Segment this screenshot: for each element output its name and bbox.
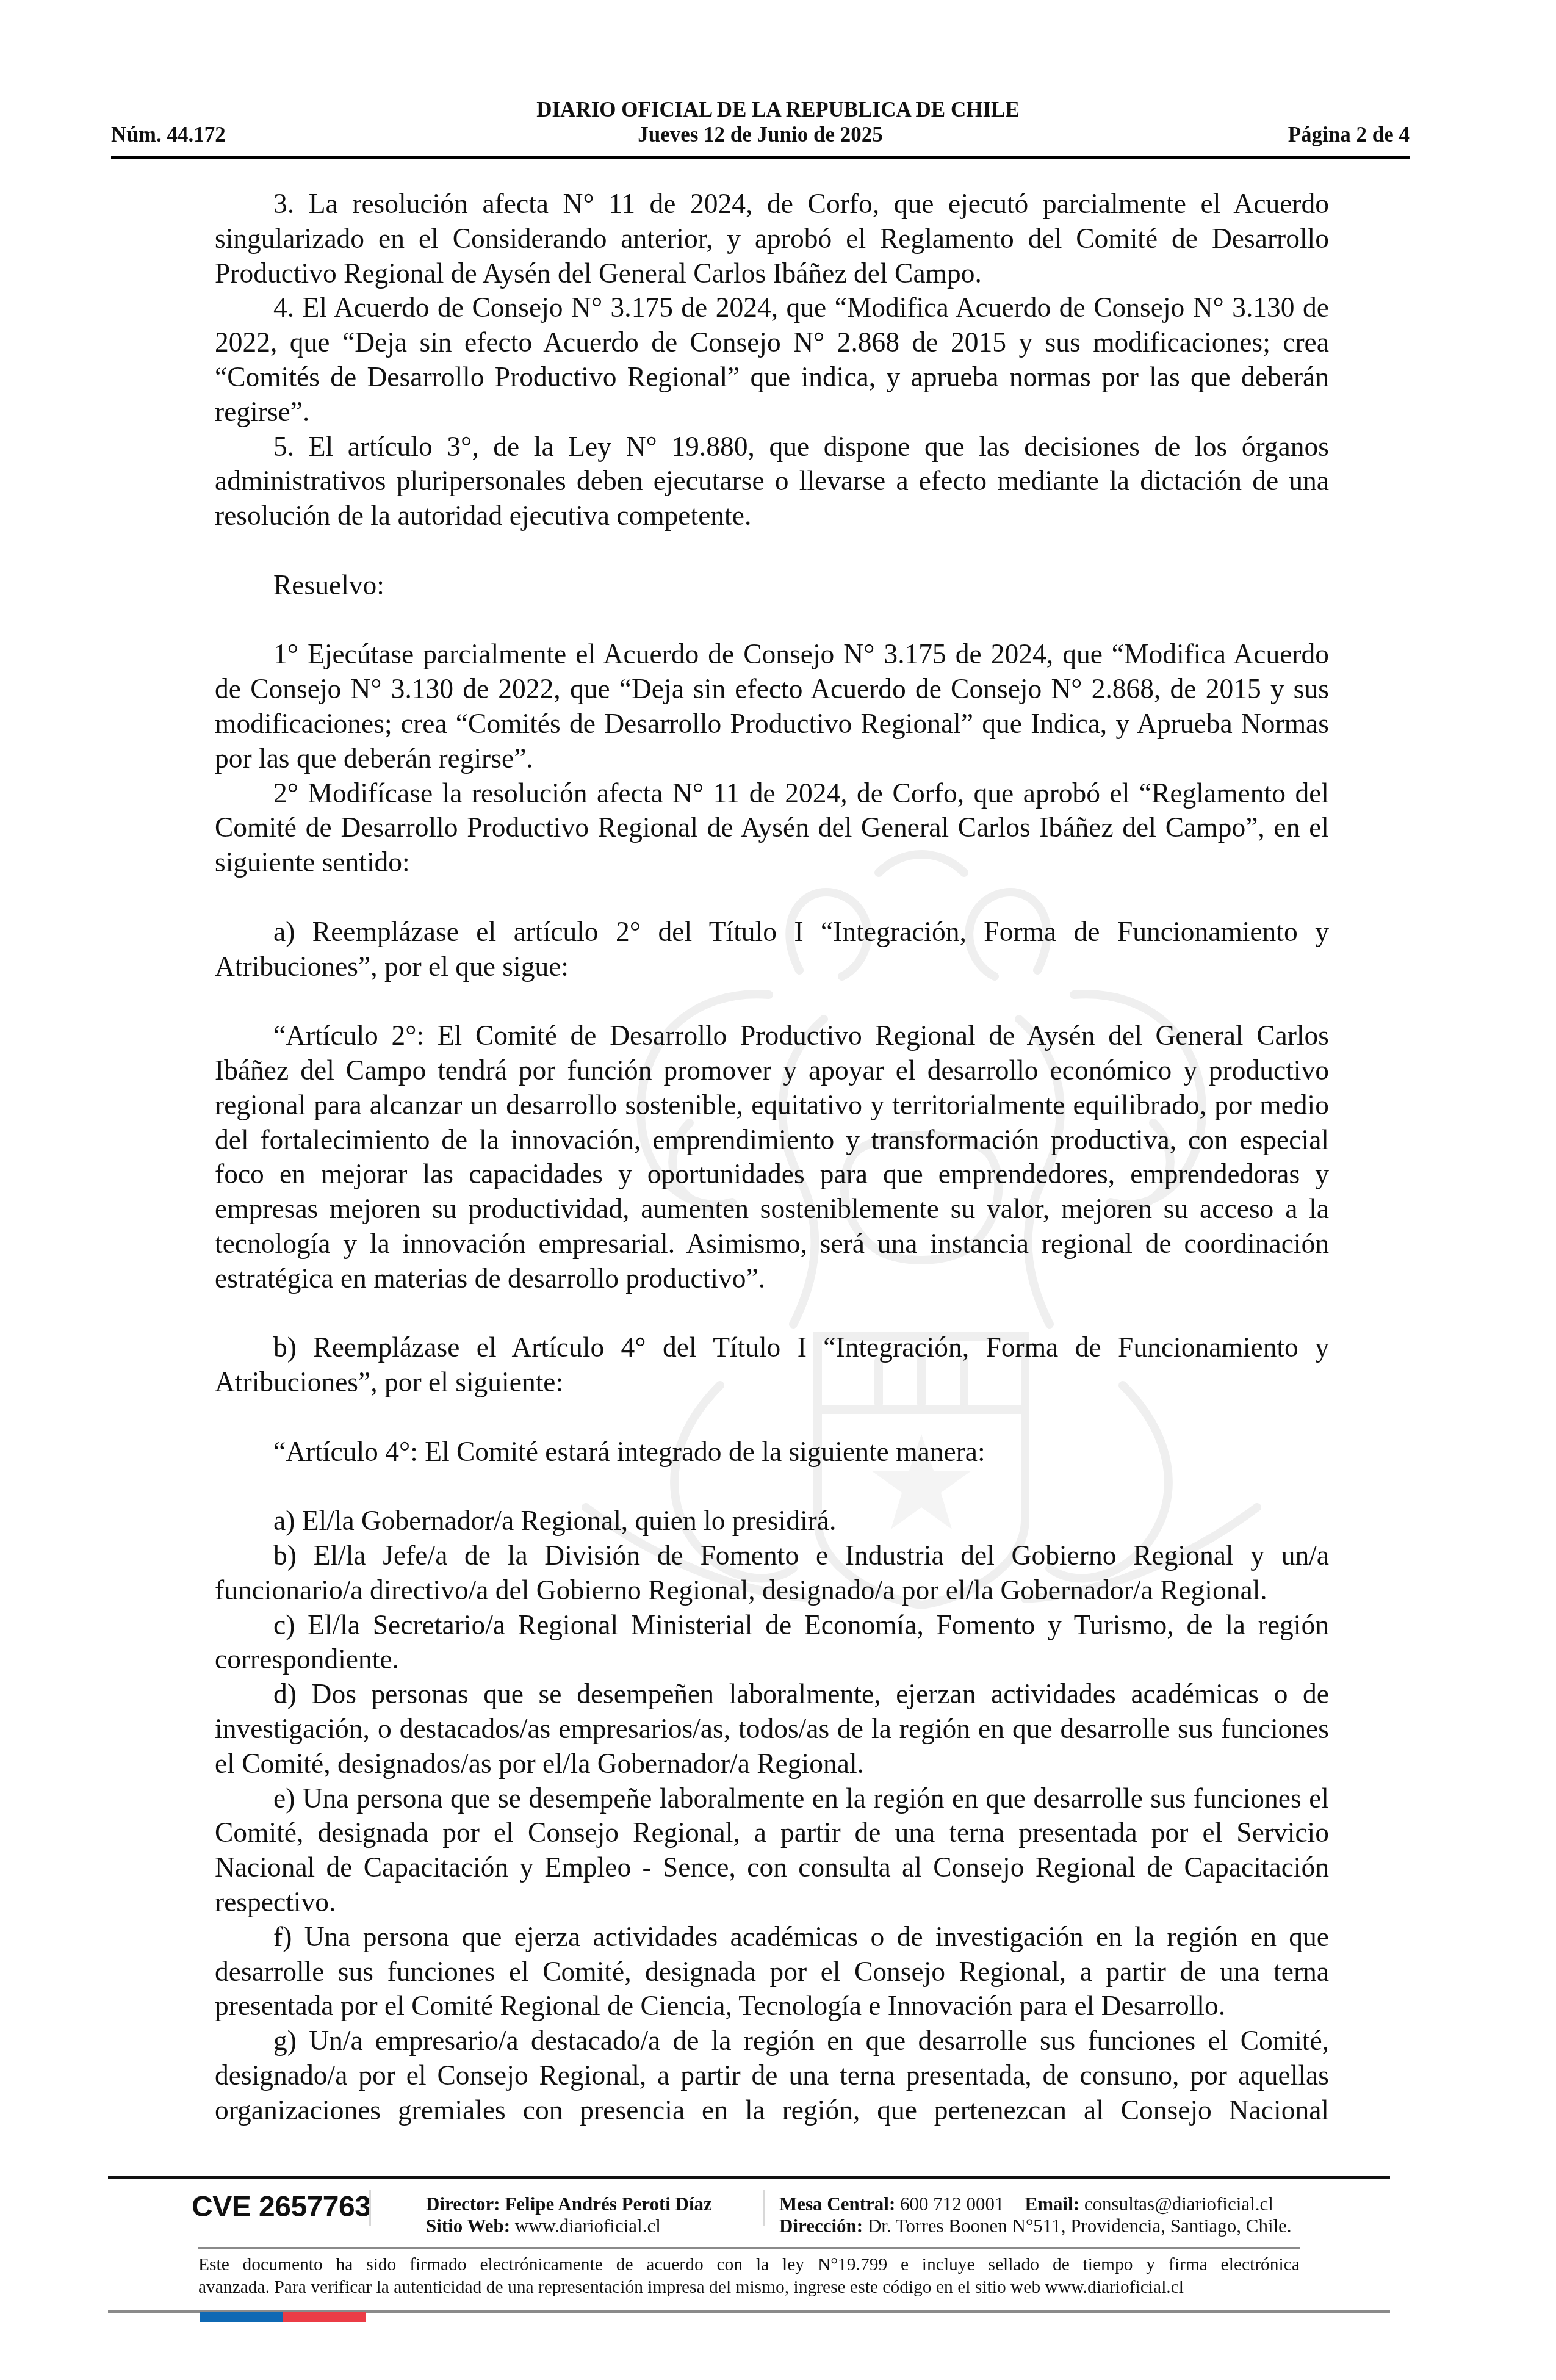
phone-value: 600 712 0001 [900,2193,1004,2215]
director-name: Felipe Andrés Peroti Díaz [505,2193,712,2215]
masthead-row: Núm. 44.172 Jueves 12 de Junio de 2025 P… [111,122,1410,148]
paragraph-modification-b: b) Reemplázase el Artículo 4° del Título… [215,1330,1329,1400]
footer-publisher-info: Director: Felipe Andrés Peroti Díaz Siti… [426,2193,712,2237]
paragraph-considerando-5: 5. El artículo 3°, de la Ley N° 19.880, … [215,430,1329,533]
paragraph-considerando-3: 3. La resolución afecta N° 11 de 2024, d… [215,187,1329,290]
list-item-member-d: d) Dos personas que se desempeñen labora… [215,1677,1329,1781]
phone-label: Mesa Central: [779,2193,895,2215]
paragraph-articulo-2: “Artículo 2°: El Comité de Desarrollo Pr… [215,1019,1329,1296]
paragraph-resuelvo-1: 1° Ejecútase parcialmente el Acuerdo de … [215,637,1329,776]
website-line: Sitio Web: www.diarioficial.cl [426,2215,712,2237]
legal-notice: Este documento ha sido firmado electróni… [198,2254,1300,2299]
address-label: Dirección: [779,2215,863,2237]
address-value: Dr. Torres Boonen N°511, Providencia, Sa… [868,2215,1292,2237]
issue-date: Jueves 12 de Junio de 2025 [111,122,1410,148]
paragraph-articulo-4: “Artículo 4°: El Comité estará integrado… [215,1435,1329,1469]
cve-code: CVE 2657763 [192,2192,370,2223]
legal-notice-line-1: Este documento ha sido firmado electróni… [198,2254,1300,2276]
flag-bar-red [283,2312,366,2322]
legal-notice-line-2: avanzada. Para verificar la autenticidad… [198,2276,1300,2299]
website-label: Sitio Web: [426,2215,510,2237]
list-item-member-f: f) Una persona que ejerza actividades ac… [215,1920,1329,2024]
paragraph-resuelvo-2: 2° Modifícase la resolución afecta N° 11… [215,776,1329,880]
list-item-member-g: g) Un/a empresario/a destacado/a de la r… [215,2024,1329,2127]
page-indicator: Página 2 de 4 [1288,122,1410,148]
director-line: Director: Felipe Andrés Peroti Díaz [426,2193,712,2215]
flag-bar-blue [200,2312,283,2322]
footer-separator-2 [763,2190,765,2226]
footer-contact-info: Mesa Central: 600 712 0001Email: consult… [779,2193,1292,2237]
paragraph-considerando-4: 4. El Acuerdo de Consejo N° 3.175 de 202… [215,290,1329,429]
contact-line: Mesa Central: 600 712 0001Email: consult… [779,2193,1292,2215]
resuelvo-heading: Resuelvo: [215,568,1329,603]
address-line: Dirección: Dr. Torres Boonen N°511, Prov… [779,2215,1292,2237]
list-item-member-e: e) Una persona que se desempeñe laboralm… [215,1781,1329,1920]
header-divider [111,156,1410,159]
email-label: Email: [1025,2193,1080,2215]
list-item-member-b: b) El/la Jefe/a de la División de Foment… [215,1538,1329,1608]
document-body: 3. La resolución afecta N° 11 de 2024, d… [215,187,1329,2128]
email-link[interactable]: consultas@diarioficial.cl [1084,2193,1273,2215]
list-item-member-a: a) El/la Gobernador/a Regional, quien lo… [215,1504,1329,1538]
masthead-title: DIARIO OFICIAL DE LA REPUBLICA DE CHILE [0,98,1556,122]
footer-separator-1 [369,2190,371,2226]
website-link[interactable]: www.diarioficial.cl [515,2215,661,2237]
director-label: Director: [426,2193,500,2215]
footer-divider-middle [198,2247,1300,2249]
paragraph-modification-a: a) Reemplázase el artículo 2° del Título… [215,915,1329,984]
footer-divider-top [108,2176,1390,2179]
list-item-member-c: c) El/la Secretario/a Regional Ministeri… [215,1608,1329,1678]
